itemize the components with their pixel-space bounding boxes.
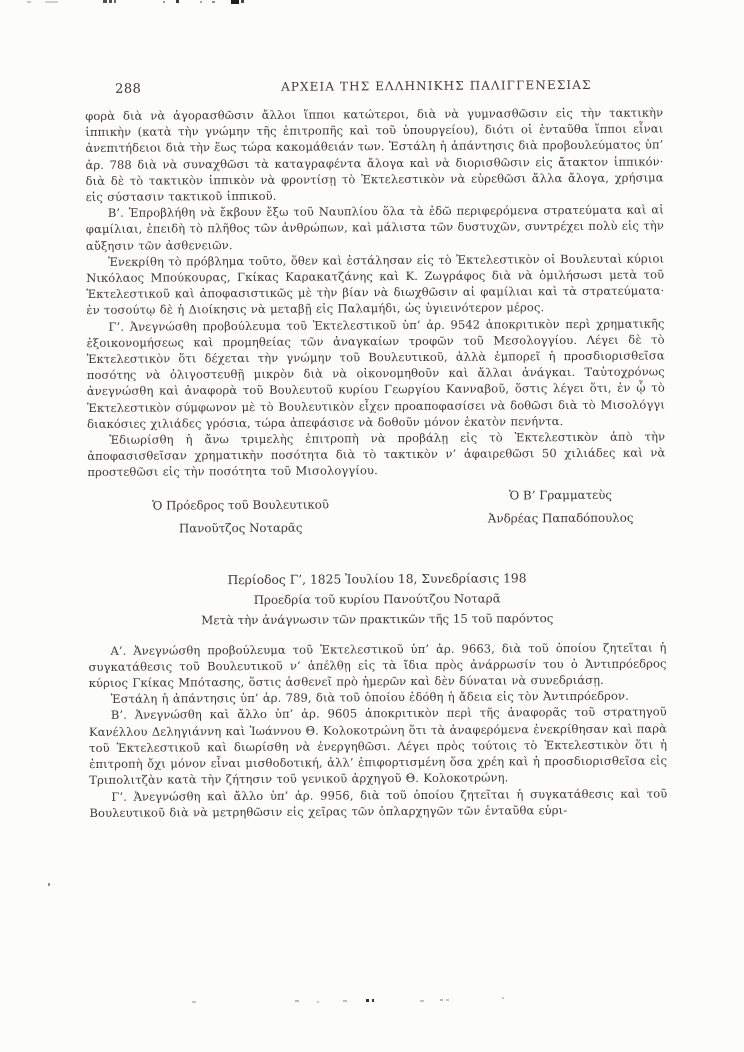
secretary-name: Ἀνδρέας Παπαδόπουλος [436,510,686,527]
body-paragraph: φορὰ διὰ νὰ ἀγορασθῶσιν ἄλλοι ἵπποι κατώ… [85,104,664,205]
scan-artifact [231,0,239,4]
body-paragraph: Β’. Ἐπροβλήθη νὰ ἔκβουν ἔξω τοῦ Ναυπλίου… [86,202,664,254]
body-paragraph: Α’. Ἀνεγνώσθη προβούλευμα τοῦ Ἐκτελεστικ… [88,639,666,691]
scan-artifact [343,1000,347,1002]
page-number: 288 [115,82,141,97]
secretary-role: Ὁ Β’ Γραμματεὺς [436,487,686,504]
page-content: 288 ΑΡΧΕΙΑ ΤΗΣ ΕΛΛΗΝΙΚΗΣ ΠΑΛΙΓΓΕΝΕΣΙΑΣ φ… [85,76,668,820]
scan-artifact [192,1001,196,1003]
scan-artifact [45,1,58,3]
body-paragraph: Β’. Ἀνεγνώσθη καὶ ἄλλο ὑπ’ ἀρ. 9605 ἀποκ… [89,704,667,789]
session-heading: Περίοδος Γ’, 1825 Ἰουλίου 18, Συνεδρίασι… [88,567,666,631]
scan-artifact [420,1000,424,1002]
current-session-minutes: Α’. Ἀνεγνώσθη προβούλευμα τοῦ Ἐκτελεστικ… [88,639,667,821]
scan-artifact [366,999,369,1002]
president-signature: Ὁ Πρόεδρος τοῦ Βουλευτικοῦ Πανοῦτζος Νοτ… [116,497,366,537]
scan-artifact [48,883,50,886]
scan-artifact [502,997,504,999]
previous-session-minutes: φορὰ διὰ νὰ ἀγορασθῶσιν ἄλλοι ἵπποι κατώ… [85,104,665,480]
session-minutes-line: Μετὰ τὴν ἀνάγνωσιν τῶν πρακτικῶν τῆς 15 … [88,607,666,631]
body-paragraph: Ἐδιωρίσθη ἡ ἄνω τριμελὴς ἐπιτροπὴ νὰ προ… [87,429,665,481]
scan-artifact [200,1,202,3]
scan-artifact [103,0,107,3]
scan-artifact [317,1001,319,1003]
running-title: ΑΡΧΕΙΑ ΤΗΣ ΕΛΛΗΝΙΚΗΣ ΠΑΛΙΓΓΕΝΕΣΙΑΣ [281,78,592,94]
scan-artifact [109,0,112,3]
scan-artifact [212,1,215,3]
scan-artifact [446,999,449,1001]
scan-artifact [114,0,116,3]
body-paragraph: Γ’. Ἀνεγνώσθη καὶ ἄλλο ὑπ’ ἀρ. 9956, διὰ… [89,785,667,821]
body-paragraph: Ἐνεκρίθη τὸ πρόβλημα τοῦτο, ὅθεν καὶ ἐστ… [86,250,664,318]
body-paragraph: Γ’. Ἀνεγνώσθη προβούλευμα τοῦ Ἐκτελεστικ… [86,315,665,432]
scanned-document-page: 288 ΑΡΧΕΙΑ ΤΗΣ ΕΛΛΗΝΙΚΗΣ ΠΑΛΙΓΓΕΝΕΣΙΑΣ φ… [0,0,744,1052]
president-name: Πανοῦτζος Νοταρᾶς [116,520,366,537]
scan-artifact [241,0,244,3]
scan-artifact [176,0,179,3]
scan-artifact [372,999,374,1002]
scan-artifact [163,1,165,3]
scan-artifact [27,1,31,3]
secretary-signature: Ὁ Β’ Γραμματεὺς Ἀνδρέας Παπαδόπουλος [436,487,686,527]
scan-artifact [440,999,443,1001]
page-header: 288 ΑΡΧΕΙΑ ΤΗΣ ΕΛΛΗΝΙΚΗΣ ΠΑΛΙΓΓΕΝΕΣΙΑΣ [85,76,663,98]
signature-block: Ὁ Πρόεδρος τοῦ Βουλευτικοῦ Πανοῦτζος Νοτ… [88,487,666,543]
president-role: Ὁ Πρόεδρος τοῦ Βουλευτικοῦ [116,497,366,514]
scan-artifact [295,1000,299,1002]
